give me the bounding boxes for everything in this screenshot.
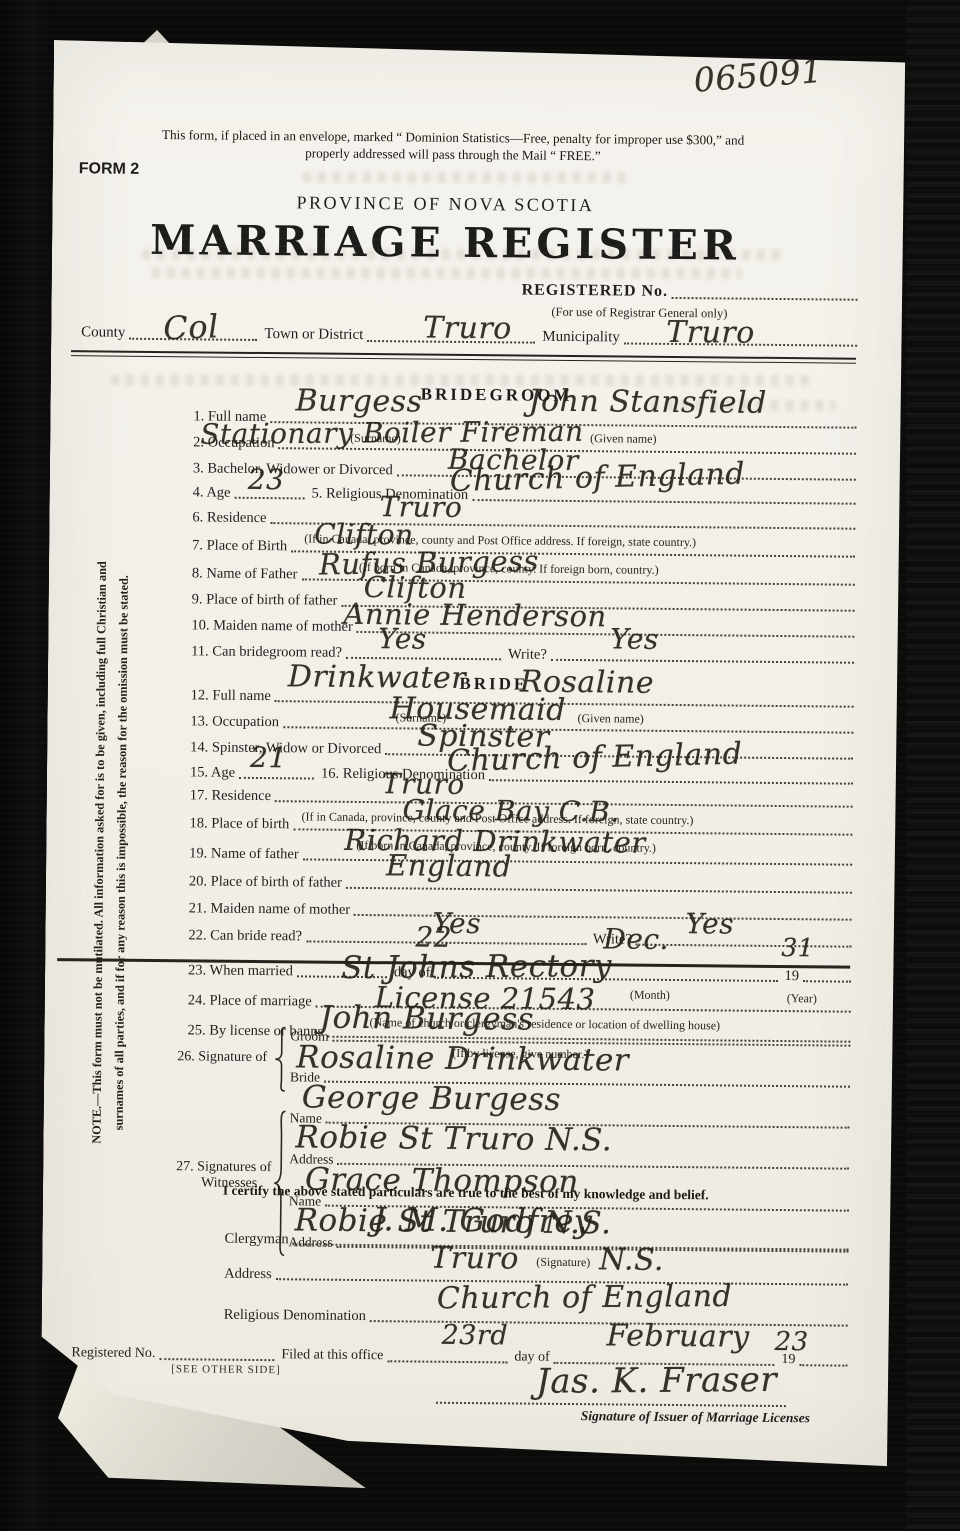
bride-birthplace-value: Glace Bay C.B. bbox=[402, 796, 619, 826]
bride-father-birthplace-value: England bbox=[386, 851, 512, 881]
field-label-residence: 6. Residence bbox=[192, 510, 266, 525]
municipality-value: Truro bbox=[666, 318, 755, 349]
county-label: County bbox=[81, 325, 125, 340]
dotted-line bbox=[354, 913, 852, 921]
groom-religion-value: Church of England bbox=[449, 460, 745, 497]
registered-no-label: REGISTERED No. bbox=[522, 283, 669, 300]
field-label-bride-residence: 17. Residence bbox=[190, 788, 271, 803]
dotted-line bbox=[159, 1357, 274, 1361]
margin-note: NOTE.—This form must not be mutilated. A… bbox=[85, 522, 135, 1182]
field-label-bride-father-birthplace: 20. Place of birth of father bbox=[189, 874, 342, 890]
film-number-stamp: 065091 bbox=[693, 54, 824, 97]
province-title: PROVINCE OF NOVA SCOTIA bbox=[145, 191, 745, 217]
dotted-line bbox=[672, 296, 858, 301]
field-label-bride-full-name: 12. Full name bbox=[191, 688, 271, 703]
clergyman-address-value: Truro N.S. bbox=[430, 1244, 664, 1276]
dotted-line bbox=[436, 1402, 786, 1407]
field-label-father: 8. Name of Father bbox=[192, 566, 298, 582]
field-label-bride-mother: 21. Maiden name of mother bbox=[189, 901, 351, 917]
groom-age-value: 23 bbox=[248, 466, 285, 494]
dotted-line bbox=[799, 1363, 847, 1366]
issuer-signature-caption: Signature of Issuer of Marriage Licenses bbox=[581, 1408, 810, 1426]
municipality-label: Municipality bbox=[542, 330, 620, 346]
filed-at-office-label: Filed at this office bbox=[281, 1348, 383, 1363]
dotted-line bbox=[283, 725, 853, 733]
clergyman-label: Clergyman bbox=[224, 1231, 288, 1246]
form-number: FORM 2 bbox=[79, 160, 140, 179]
groom-signature-value: John Burgess bbox=[319, 1003, 534, 1036]
year-prefix-label: 19 bbox=[784, 969, 799, 984]
town-value: Truro bbox=[423, 314, 512, 345]
register-title: MARRIAGE REGISTER bbox=[145, 217, 745, 270]
dotted-line bbox=[234, 496, 304, 500]
field-label-mother: 10. Maiden name of mother bbox=[191, 618, 353, 634]
field-label-bride-age: 15. Age bbox=[190, 765, 235, 780]
bride-religion-value: Church of England bbox=[447, 739, 743, 776]
witness1-address-value: Robie St Truro N.S. bbox=[295, 1122, 612, 1156]
brace-signatures bbox=[273, 1026, 288, 1092]
witness1-name-value: George Burgess bbox=[302, 1082, 562, 1115]
groom-write-value: Yes bbox=[610, 625, 659, 653]
issuer-signature-value: Jas. K. Fraser bbox=[536, 1363, 777, 1399]
bleed-through-artifact bbox=[303, 172, 633, 183]
bride-age-value: 21 bbox=[250, 744, 287, 772]
filed-month-value: February bbox=[606, 1321, 749, 1352]
place-of-marriage-value: St Johns Rectory bbox=[341, 951, 612, 984]
dotted-line bbox=[803, 979, 851, 982]
see-other-side-note: [SEE OTHER SIDE] bbox=[171, 1363, 281, 1377]
field-label-place-of-marriage: 24. Place of marriage bbox=[188, 993, 312, 1009]
dotted-line bbox=[472, 498, 855, 505]
field-label-status: 3. Bachelor, Widower or Divorced bbox=[193, 461, 393, 477]
field-label-when-married: 23. When married bbox=[188, 963, 293, 979]
dotted-line bbox=[489, 778, 853, 784]
filed-year-value: 23 bbox=[774, 1329, 808, 1355]
marriage-month-value: Dec. bbox=[603, 925, 669, 954]
field-label-bride-birthplace: 18. Place of birth bbox=[189, 816, 289, 831]
filed-day-value: 23rd bbox=[441, 1322, 508, 1350]
field-label-bride-read: 22. Can bride read? bbox=[188, 928, 302, 944]
bride-write-value: Yes bbox=[685, 910, 734, 938]
groom-read-value: Yes bbox=[378, 625, 427, 653]
field-label-bride-father: 19. Name of father bbox=[189, 846, 299, 862]
clergyman-address-label: Address bbox=[224, 1266, 272, 1281]
registered-no-footer-label: Registered No. bbox=[71, 1346, 155, 1361]
town-label: Town or District bbox=[264, 327, 363, 343]
clergyman-signature-value: J. M. Godfrey bbox=[373, 1203, 593, 1237]
dotted-line bbox=[346, 886, 852, 894]
dotted-line bbox=[387, 1359, 507, 1363]
film-border-right bbox=[906, 0, 960, 1531]
signature-of-label: 26. Signature of bbox=[177, 1049, 267, 1066]
marriage-register-form: 065091 This form, if placed in an envelo… bbox=[40, 40, 907, 1476]
bride-surname-value: Drinkwater bbox=[288, 662, 466, 694]
field-label-bride-occupation: 13. Occupation bbox=[190, 714, 279, 729]
dotted-line bbox=[239, 776, 314, 780]
field-label-groom-write: Write? bbox=[508, 647, 547, 662]
clergyman-religion-label: Religious Denomination bbox=[224, 1307, 366, 1323]
marriage-day-value: 22 bbox=[415, 924, 452, 952]
clergyman-religion-value: Church of England bbox=[437, 1282, 732, 1314]
microfilm-scan: 065091 This form, if placed in an envelo… bbox=[0, 0, 960, 1531]
county-value: Col bbox=[163, 310, 220, 344]
marriage-year-value: 31 bbox=[781, 935, 814, 960]
field-label-age: 4. Age bbox=[193, 485, 231, 500]
bride-signature-value: Rosaline Drinkwater bbox=[296, 1042, 629, 1076]
groom-surname-value: Burgess bbox=[295, 386, 422, 417]
field-label-birthplace: 7. Place of Birth bbox=[192, 538, 287, 553]
field-label-father-birthplace: 9. Place of birth of father bbox=[192, 592, 338, 608]
witnesses-label-line1: 27. Signatures of bbox=[176, 1159, 271, 1176]
bleed-through-artifact bbox=[152, 268, 742, 280]
dotted-line bbox=[551, 658, 854, 664]
field-label-groom-read: 11. Can bridegroom read? bbox=[191, 644, 342, 660]
